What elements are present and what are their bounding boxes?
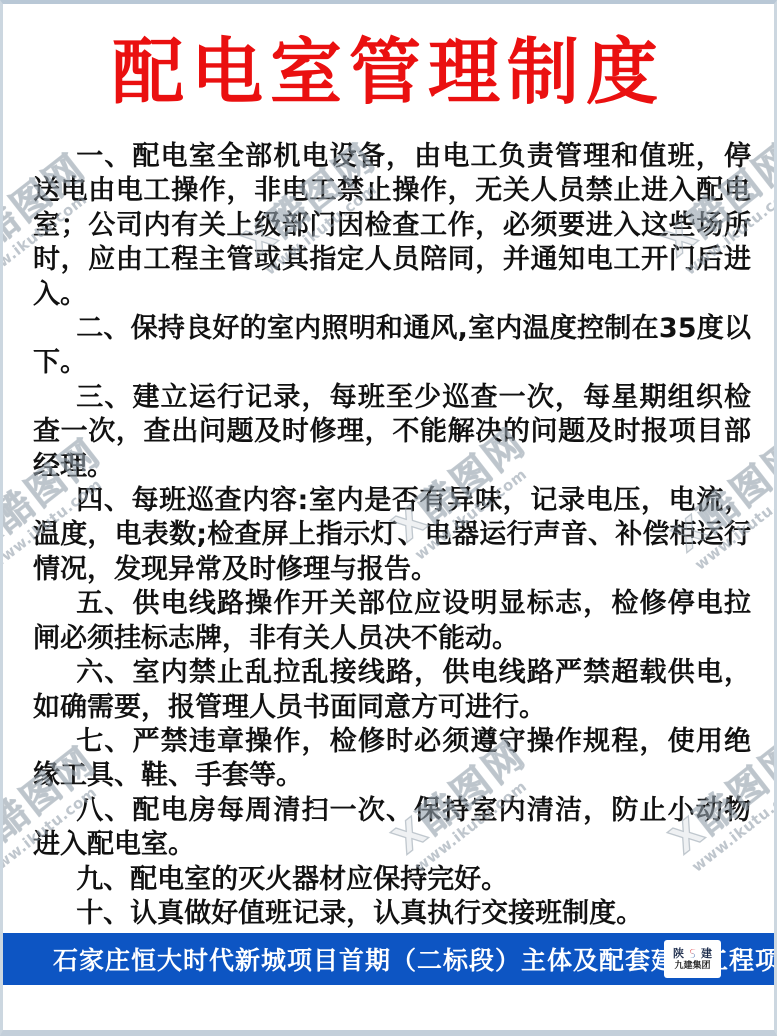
logo-char-shan: 陕 [673,948,684,959]
rule-10: 十、认真做好值班记录，认真执行交接班制度。 [33,897,751,931]
logo-company-name: 九建集团 [674,962,710,971]
footer-bar: 石家庄恒大时代新城项目首期（二标段）主体及配套建设工程项目经理部 陕 建 九建集… [3,933,774,985]
logo-top-row: 陕 建 [673,947,712,960]
rule-3: 三、建立运行记录，每班至少巡查一次，每星期组织检查一次，查出问题及时修理，不能解… [33,381,751,484]
rule-8: 八、配电房每周清扫一次、保持室内清洁，防止小动物进入配电室。 [33,794,751,863]
s-swoosh-icon [686,947,699,960]
logo-char-jian: 建 [701,948,712,959]
rule-6: 六、室内禁止乱拉乱接线路，供电线路严禁超载供电，如确需要，报管理人员书面同意方可… [33,656,751,725]
footer-department: 石家庄恒大时代新城项目首期（二标段）主体及配套建设工程项目经理部 [53,941,679,977]
rule-1: 一、配电室全部机电设备，由电工负责管理和值班，停送电由电工操作，非电工禁止操作，… [33,140,751,312]
rule-5: 五、供电线路操作开关部位应设明显标志，检修停电拉闸必须挂标志牌，非有关人员决不能… [33,587,751,656]
rules-list: 一、配电室全部机电设备，由电工负责管理和值班，停送电由电工操作，非电工禁止操作，… [33,140,751,931]
poster-title: 配电室管理制度 [3,26,774,120]
company-logo: 陕 建 九建集团 [664,940,721,978]
rule-9: 九、配电室的灭火器材应保持完好。 [33,863,751,897]
rule-7: 七、严禁违章操作，检修时必须遵守操作规程，使用绝缘工具、鞋、手套等。 [33,725,751,794]
poster-page: 配电室管理制度 一、配电室全部机电设备，由电工负责管理和值班，停送电由电工操作，… [0,0,777,1036]
rule-4: 四、每班巡查内容:室内是否有异味，记录电压，电流，温度，电表数;检查屏上指示灯、… [33,484,751,587]
rule-2: 二、保持良好的室内照明和通风,室内温度控制在35度以下。 [33,312,751,381]
